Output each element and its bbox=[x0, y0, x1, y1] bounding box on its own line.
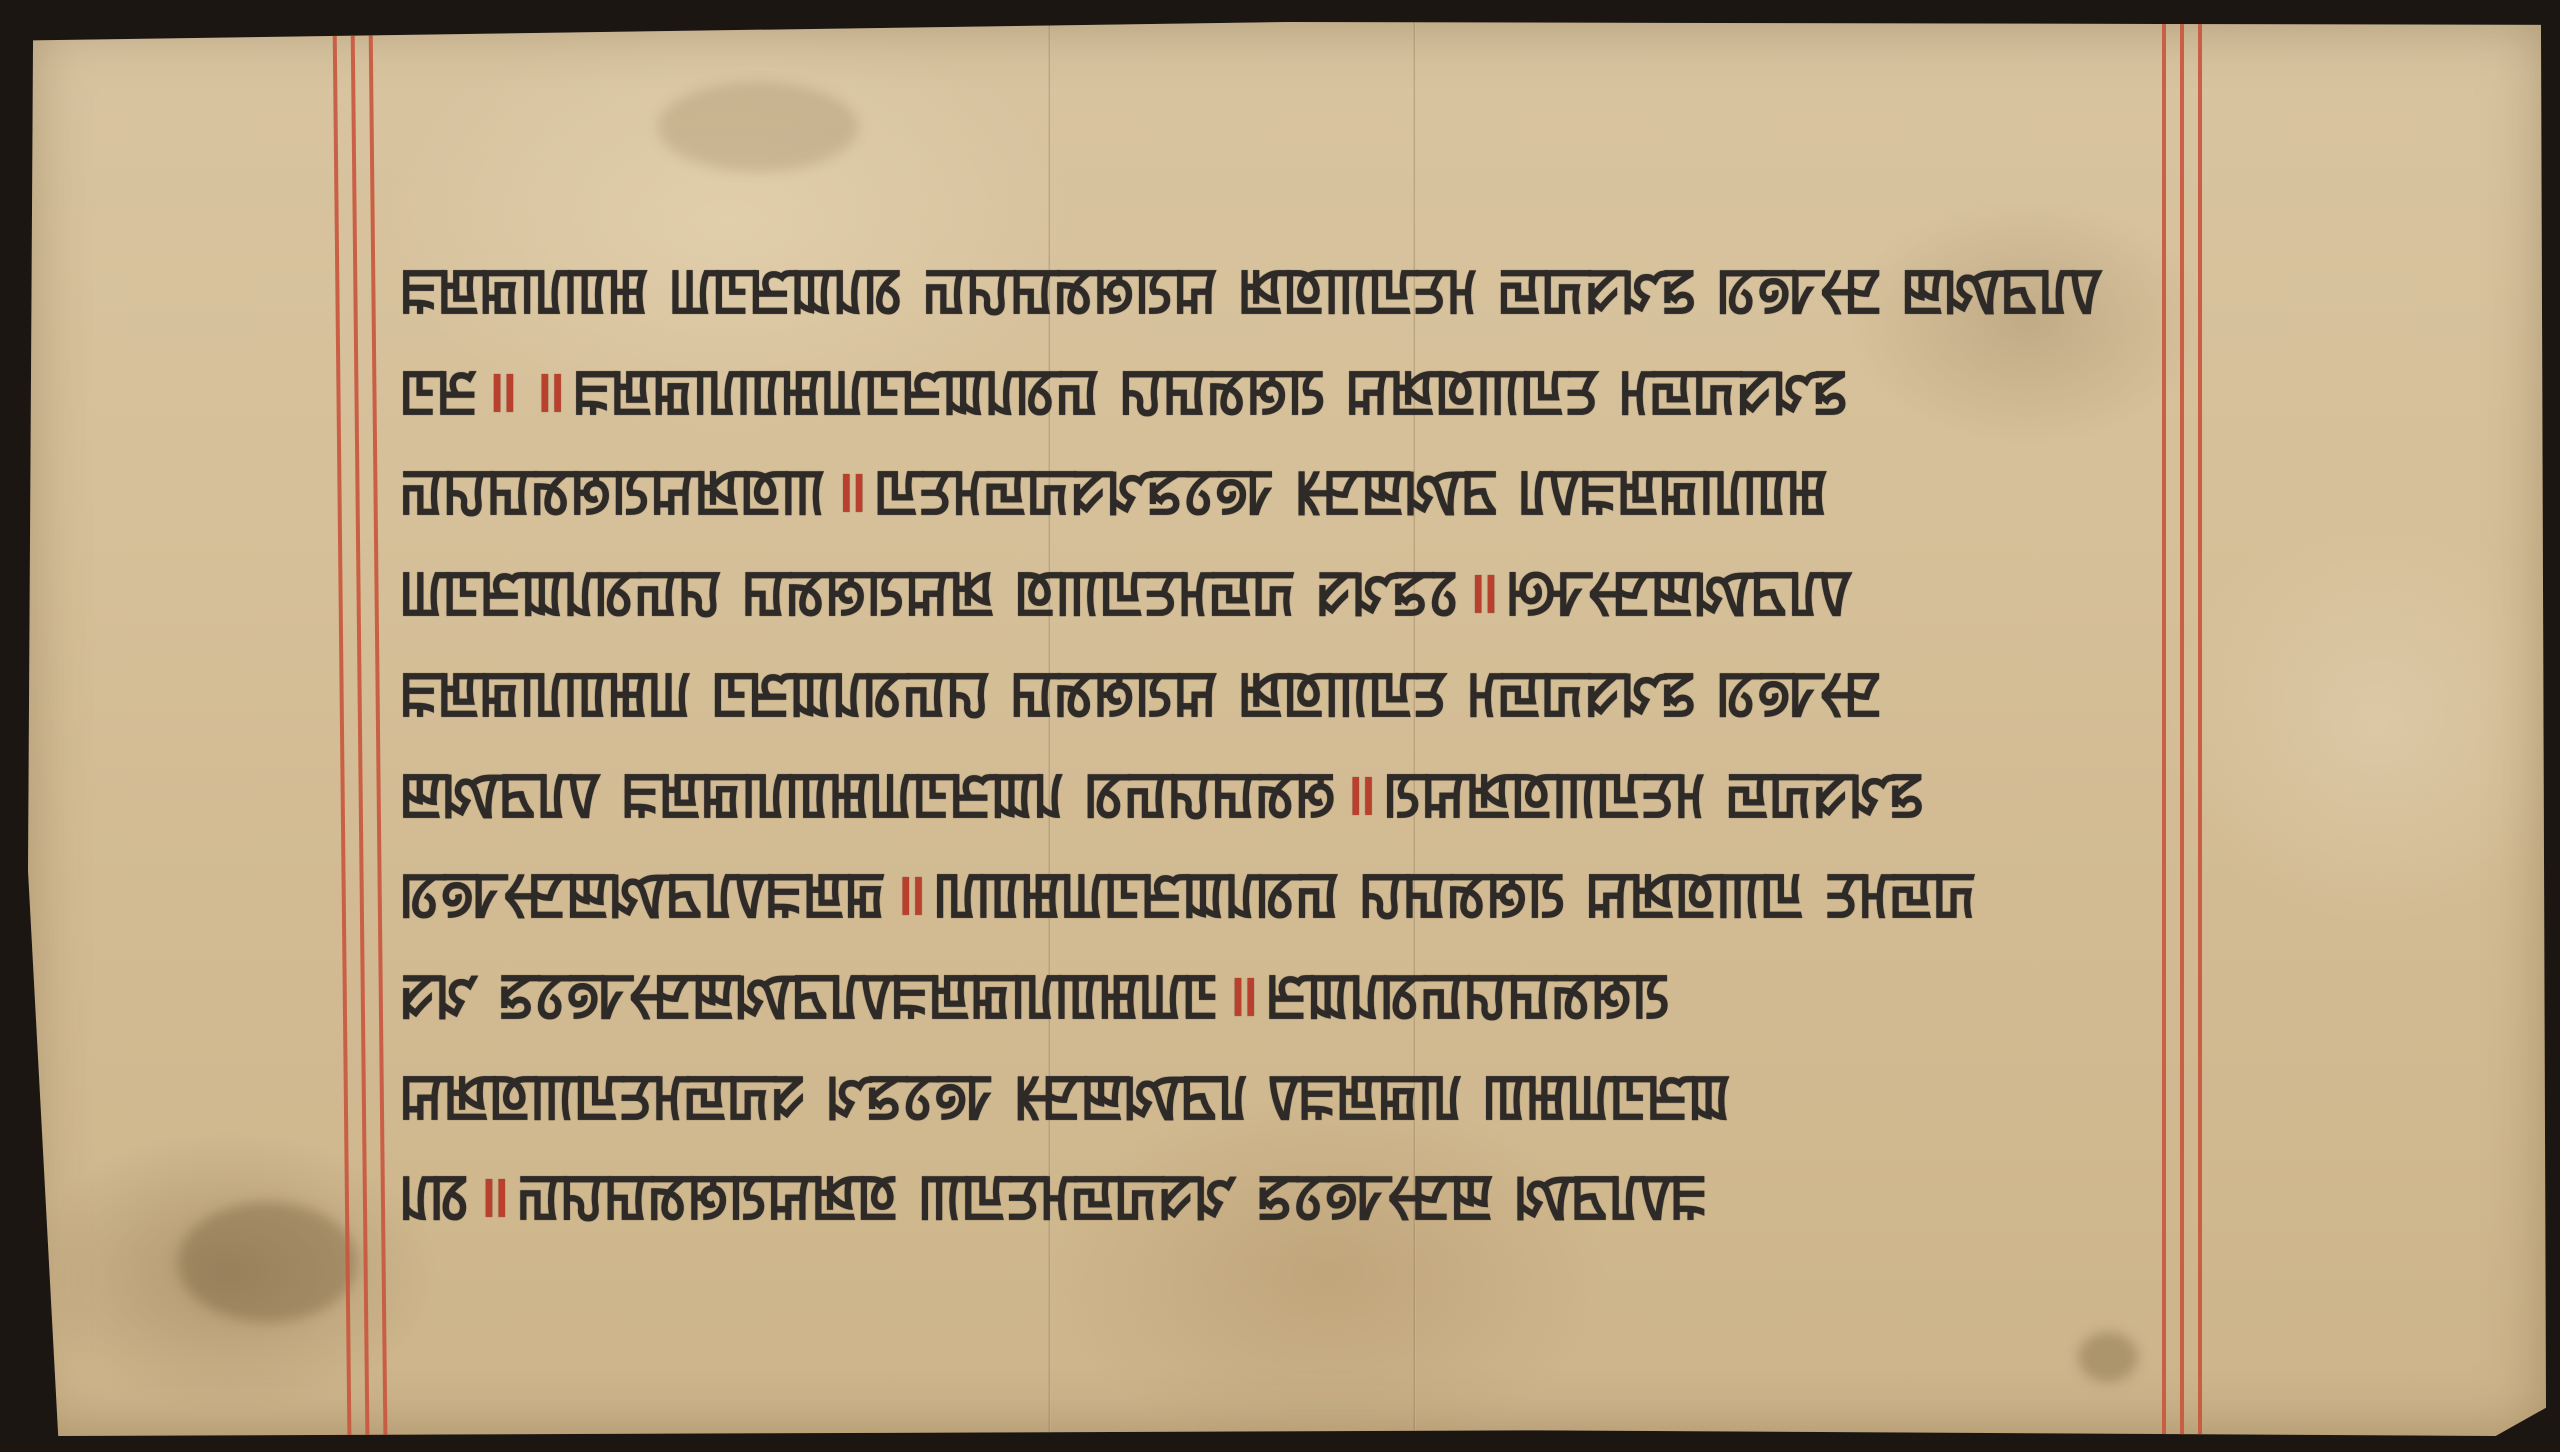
red-danda-mark: ॥ bbox=[1224, 959, 1260, 1031]
script-segment: ꡃꡄꡅꡆꡇꡈꡉꡊꡋꡌ ꡍꡎꡏꡐꡑ ꡒꡓꡔꡕꡖ ꡗꡘꡙꡚ bbox=[934, 858, 1977, 930]
stain bbox=[178, 1202, 358, 1322]
red-rule bbox=[2198, 22, 2202, 1436]
script-segment: ꡒꡓꡔꡕꡖꡗꡘꡙꡚꡛ ꡜꡝꡞꡟꡠ ꡡꡢꡣꡤꡥꡦ ꡧꡀꡁꡂꡃ ꡄꡅꡆꡇꡈꡉ bbox=[400, 1060, 1731, 1132]
script-segment: ꡟꡠꡡꡢꡣꡤꡥꡦꡧ bbox=[1506, 556, 1852, 628]
left-margin-rules bbox=[333, 22, 388, 1436]
manuscript-line: ꡌꡍꡎꡏꡐꡑꡒꡓꡔꡕ॥ꡖꡗꡘꡙꡚꡛꡜꡝꡞꡟꡠ ꡡꡢꡣꡤꡥ ꡦꡧꡀꡁꡂꡃꡄꡅ bbox=[400, 455, 2186, 527]
manuscript-line: ꡛꡜ ꡝꡞꡟꡠꡡꡢꡣꡤꡥꡦꡧꡀꡁꡂꡃꡄꡅꡆꡇ॥ꡈꡉꡊꡋꡌꡍꡎꡏꡐꡑ bbox=[400, 959, 2186, 1031]
script-segment: ꡞꡟꡠꡡꡢꡣꡤꡥꡦꡧꡀꡁꡂ bbox=[400, 858, 886, 930]
red-danda-mark: ॥ bbox=[1465, 556, 1501, 628]
manuscript-line: ꡀꡁꡂꡃꡄꡅ ꡆꡇꡈꡉꡊꡋ ꡌꡍꡎꡏꡐꡑꡒ ꡓꡔꡕꡖꡗꡘ ꡙꡚꡛꡜꡝ ꡞꡟꡠꡡꡢ… bbox=[400, 254, 2186, 326]
script-segment: ꡀꡁꡂꡃꡄꡅ ꡆꡇꡈꡉꡊꡋ ꡌꡍꡎꡏꡐꡑꡒ ꡓꡔꡕꡖꡗꡘ ꡙꡚꡛꡜꡝ ꡞꡟꡠꡡꡢ… bbox=[400, 254, 2103, 326]
red-danda-mark: ॥ bbox=[1342, 758, 1378, 830]
script-segment: ꡆꡇꡈꡉꡊꡋꡌꡍ ꡎꡏꡐꡑꡒꡓ ꡔꡕꡖꡗꡘꡙꡚ ꡛꡜꡝꡞ bbox=[400, 556, 1459, 628]
script-segment: ꡣꡤꡥꡦꡧ ꡀꡁꡂꡃꡄꡅꡆꡇꡈꡉꡊ ꡋꡌꡍꡎꡏꡐ bbox=[400, 758, 1336, 830]
manuscript-line: ꡀꡁꡂꡃꡄꡅꡆ ꡇꡈꡉꡊꡋꡌꡍ ꡎꡏꡐꡑꡒ ꡓꡔꡕꡖꡗ ꡘꡙꡚꡛꡜꡝ ꡞꡟꡠꡡꡢ bbox=[400, 657, 2186, 729]
manuscript-line: ꡆꡇꡈꡉꡊꡋꡌꡍ ꡎꡏꡐꡑꡒꡓ ꡔꡕꡖꡗꡘꡙꡚ ꡛꡜꡝꡞ॥ꡟꡠꡡꡢꡣꡤꡥꡦꡧ bbox=[400, 556, 2186, 628]
manuscript-folio: ꡀꡁꡂꡃꡄꡅ ꡆꡇꡈꡉꡊꡋ ꡌꡍꡎꡏꡐꡑꡒ ꡓꡔꡕꡖꡗꡘ ꡙꡚꡛꡜꡝ ꡞꡟꡠꡡꡢ… bbox=[28, 22, 2546, 1436]
stain bbox=[658, 82, 858, 172]
script-segment: ꡖꡗꡘꡙꡚꡛꡜꡝꡞꡟꡠ ꡡꡢꡣꡤꡥ ꡦꡧꡀꡁꡂꡃꡄꡅ bbox=[874, 455, 1828, 527]
script-segment: ꡇꡈ bbox=[400, 355, 478, 427]
script-segment: ꡛꡜ ꡝꡞꡟꡠꡡꡢꡣꡤꡥꡦꡧꡀꡁꡂꡃꡄꡅꡆꡇ bbox=[400, 959, 1218, 1031]
script-segment: ꡈꡉꡊꡋꡌꡍꡎꡏꡐꡑ bbox=[1266, 959, 1670, 1031]
script-segment: ꡀꡁꡂꡃꡄꡅꡆꡇꡈꡉꡊꡋꡌ ꡍꡎꡏꡐꡑ ꡒꡓꡔꡕꡖꡗ ꡘꡙꡚꡛꡜꡝ bbox=[573, 355, 1848, 427]
script-segment: ꡀꡁꡂꡃꡄꡅꡆ ꡇꡈꡉꡊꡋꡌꡍ ꡎꡏꡐꡑꡒ ꡓꡔꡕꡖꡗ ꡘꡙꡚꡛꡜꡝ ꡞꡟꡠꡡꡢ bbox=[400, 657, 1881, 729]
red-danda-mark: ॥ bbox=[484, 355, 520, 427]
stain bbox=[2078, 1332, 2138, 1382]
manuscript-line: ꡊꡋ॥ꡌꡍꡎꡏꡐꡑꡒꡓꡔ ꡕꡖꡗꡘꡙꡚꡛꡜ ꡝꡞꡟꡠꡡꡢꡣ ꡤꡥꡦꡧꡀ bbox=[400, 1160, 2186, 1232]
script-segment: ꡊꡋ bbox=[400, 1160, 469, 1232]
red-rule bbox=[351, 22, 370, 1436]
manuscript-line: ꡇꡈ॥॥ꡀꡁꡂꡃꡄꡅꡆꡇꡈꡉꡊꡋꡌ ꡍꡎꡏꡐꡑ ꡒꡓꡔꡕꡖꡗ ꡘꡙꡚꡛꡜꡝ bbox=[400, 355, 2186, 427]
red-rule bbox=[369, 22, 388, 1436]
red-danda-mark: ॥ bbox=[892, 858, 928, 930]
manuscript-line: ꡒꡓꡔꡕꡖꡗꡘꡙꡚꡛ ꡜꡝꡞꡟꡠ ꡡꡢꡣꡤꡥꡦ ꡧꡀꡁꡂꡃ ꡄꡅꡆꡇꡈꡉ bbox=[400, 1060, 2186, 1132]
red-danda-mark: ॥ bbox=[833, 455, 869, 527]
manuscript-line: ꡞꡟꡠꡡꡢꡣꡤꡥꡦꡧꡀꡁꡂ॥ꡃꡄꡅꡆꡇꡈꡉꡊꡋꡌ ꡍꡎꡏꡐꡑ ꡒꡓꡔꡕꡖ ꡗꡘꡙ… bbox=[400, 858, 2186, 930]
script-segment: ꡌꡍꡎꡏꡐꡑꡒꡓꡔꡕ bbox=[400, 455, 827, 527]
red-danda-mark: ॥ bbox=[531, 355, 567, 427]
manuscript-line: ꡣꡤꡥꡦꡧ ꡀꡁꡂꡃꡄꡅꡆꡇꡈꡉꡊ ꡋꡌꡍꡎꡏꡐ॥ꡑꡒꡓꡔꡕꡖꡗꡘ ꡙꡚꡛꡜꡝ bbox=[400, 758, 2186, 830]
script-segment: ꡑꡒꡓꡔꡕꡖꡗꡘ ꡙꡚꡛꡜꡝ bbox=[1384, 758, 1925, 830]
red-danda-mark: ॥ bbox=[475, 1160, 511, 1232]
script-segment: ꡌꡍꡎꡏꡐꡑꡒꡓꡔ ꡕꡖꡗꡘꡙꡚꡛꡜ ꡝꡞꡟꡠꡡꡢꡣ ꡤꡥꡦꡧꡀ bbox=[517, 1160, 1707, 1232]
